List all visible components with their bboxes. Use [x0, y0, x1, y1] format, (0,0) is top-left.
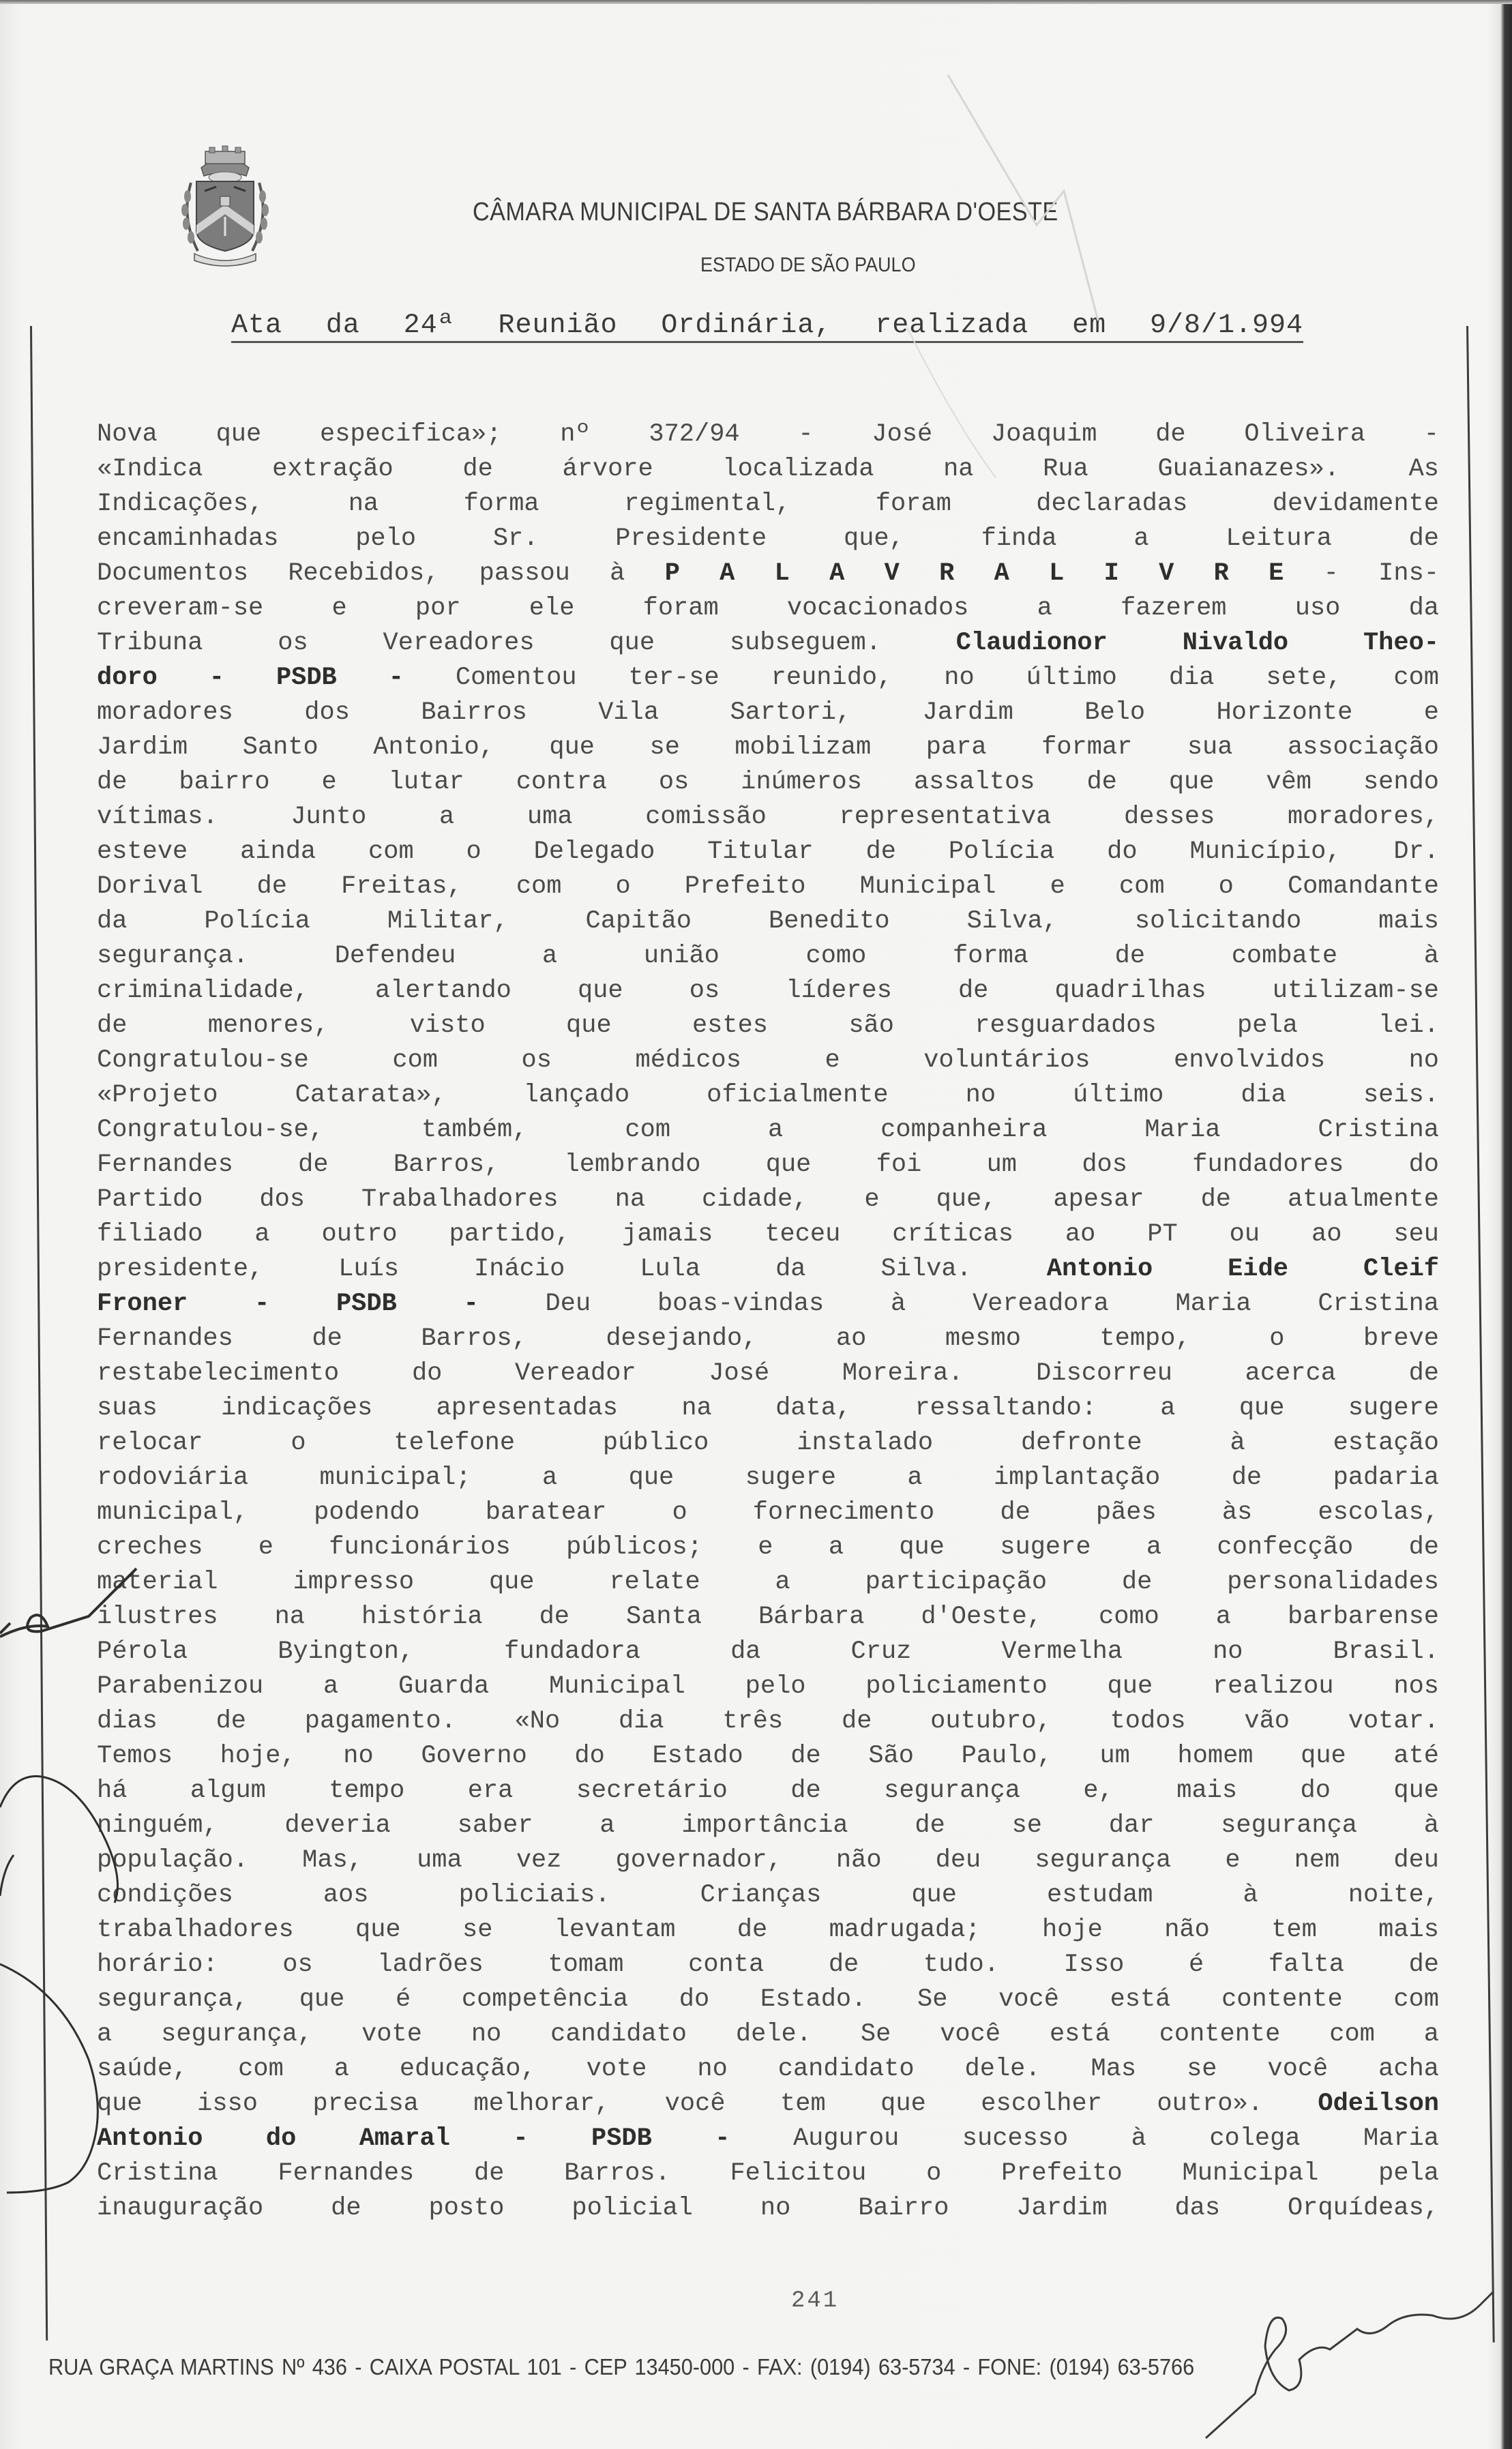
text-run: Pérola Byington, fundadora da Cruz Verme… [97, 1637, 1439, 1666]
speaker-name: Antonio Eide Cleif [1047, 1255, 1439, 1283]
text-run: horário: os ladrões tomam conta de tudo.… [97, 1950, 1439, 1979]
scanned-page: CÂMARA MUNICIPAL DE SANTA BÁRBARA D'OEST… [0, 0, 1512, 2449]
text-line: Cristina Fernandes de Barros. Felicitou … [97, 2156, 1439, 2191]
text-run: presidente, Luís Inácio Lula da Silva. [97, 1255, 1047, 1283]
text-line: Temos hoje, no Governo do Estado de São … [97, 1739, 1439, 1774]
text-run: Augurou sucesso à colega Maria [730, 2124, 1440, 2153]
text-line: rodoviária municipal; a que sugere a imp… [97, 1461, 1439, 1496]
text-line: doro - PSDB - Comentou ter-se reunido, n… [97, 661, 1439, 696]
speaker-name: Claudionor Nivaldo Theo- [956, 629, 1439, 657]
text-line: ilustres na história de Santa Bárbara d'… [97, 1600, 1439, 1635]
text-line: Congratulou-se, também, com a companheir… [97, 1113, 1439, 1148]
text-run: inauguração de posto policial no Bairro … [97, 2194, 1439, 2223]
institution-name: CÂMARA MUNICIPAL DE SANTA BÁRBARA D'OEST… [473, 198, 1197, 227]
minutes-body: Nova que especifica»; nº 372/94 - José J… [97, 417, 1439, 2226]
text-line: trabalhadores que se levantam de madruga… [97, 1913, 1439, 1948]
text-run: há algum tempo era secretário de seguran… [97, 1777, 1439, 1805]
text-line: condições aos policiais. Crianças que es… [97, 1878, 1439, 1913]
text-line: creches e funcionários públicos; e a que… [97, 1530, 1439, 1565]
text-line: Tribuna os Vereadores que subseguem. Cla… [97, 626, 1439, 661]
text-run: dias de pagamento. «No dia três de outub… [97, 1707, 1439, 1736]
text-run: restabelecimento do Vereador José Moreir… [97, 1359, 1439, 1388]
text-line: Antonio do Amaral - PSDB - Augurou suces… [97, 2122, 1439, 2156]
text-run: creches e funcionários públicos; e a que… [97, 1533, 1439, 1562]
text-run: Partido dos Trabalhadores na cidade, e q… [97, 1185, 1439, 1214]
text-line: presidente, Luís Inácio Lula da Silva. A… [97, 1252, 1439, 1287]
text-line: municipal, podendo baratear o fornecimen… [97, 1496, 1439, 1530]
text-run: creveram-se e por ele foram vocacionados… [97, 594, 1439, 623]
text-run: filiado a outro partido, jamais teceu cr… [97, 1220, 1439, 1249]
text-run: esteve ainda com o Delegado Titular de P… [97, 837, 1439, 866]
text-line: Pérola Byington, fundadora da Cruz Verme… [97, 1635, 1439, 1669]
text-line: esteve ainda com o Delegado Titular de P… [97, 835, 1439, 870]
text-run: da Polícia Militar, Capitão Benedito Sil… [97, 907, 1439, 936]
text-run: «Indica extração de árvore localizada na… [97, 455, 1439, 484]
text-run: Parabenizou a Guarda Municipal pelo poli… [97, 1672, 1439, 1701]
text-line: material impresso que relate a participa… [97, 1565, 1439, 1600]
text-run: encaminhadas pelo Sr. Presidente que, fi… [97, 524, 1439, 553]
footer-address: RUA GRAÇA MARTINS Nº 436 - CAIXA POSTAL … [48, 2354, 1488, 2380]
text-run: população. Mas, uma vez governador, não … [97, 1846, 1439, 1875]
scan-top-edge [0, 0, 1512, 4]
text-run: Indicações, na forma regimental, foram d… [97, 490, 1439, 518]
text-line: Dorival de Freitas, com o Prefeito Munic… [97, 870, 1439, 904]
text-line: Parabenizou a Guarda Municipal pelo poli… [97, 1669, 1439, 1704]
text-line: filiado a outro partido, jamais teceu cr… [97, 1217, 1439, 1252]
text-run: Congratulou-se, também, com a companheir… [97, 1116, 1439, 1144]
text-run: rodoviária municipal; a que sugere a imp… [97, 1464, 1439, 1492]
speaker-name: P A L A V R A L I V R E [665, 559, 1284, 588]
text-line: Indicações, na forma regimental, foram d… [97, 487, 1439, 522]
text-line: Partido dos Trabalhadores na cidade, e q… [97, 1183, 1439, 1217]
text-line: horário: os ladrões tomam conta de tudo.… [97, 1948, 1439, 1983]
speaker-name: doro - PSDB - [97, 664, 404, 692]
text-line: de bairro e lutar contra os inúmeros ass… [97, 765, 1439, 800]
text-run: que isso precisa melhorar, você tem que … [97, 2090, 1318, 2118]
text-line: de menores, visto que estes são resguard… [97, 1009, 1439, 1043]
text-run: ilustres na história de Santa Bárbara d'… [97, 1603, 1439, 1631]
speaker-name: Odeilson [1318, 2090, 1439, 2118]
text-line: Jardim Santo Antonio, que se mobilizam p… [97, 730, 1439, 765]
text-line: saúde, com a educação, vote no candidato… [97, 2052, 1439, 2087]
text-run: Nova que especifica»; nº 372/94 - José J… [97, 420, 1439, 449]
text-line: dias de pagamento. «No dia três de outub… [97, 1704, 1439, 1739]
page-number: 241 [791, 2288, 839, 2314]
text-run: de menores, visto que estes são resguard… [97, 1011, 1439, 1040]
text-run: Cristina Fernandes de Barros. Felicitou … [97, 2159, 1439, 2188]
text-run: Congratulou-se com os médicos e voluntár… [97, 1046, 1439, 1075]
text-run: saúde, com a educação, vote no candidato… [97, 2055, 1439, 2083]
text-line: relocar o telefone público instalado def… [97, 1426, 1439, 1461]
text-run: trabalhadores que se levantam de madruga… [97, 1916, 1439, 1944]
text-run: condições aos policiais. Crianças que es… [97, 1881, 1439, 1910]
text-line: ninguém, deveria saber a importância de … [97, 1809, 1439, 1843]
text-line: segurança. Defendeu a união como forma d… [97, 939, 1439, 974]
text-run: ninguém, deveria saber a importância de … [97, 1811, 1439, 1840]
text-line: «Indica extração de árvore localizada na… [97, 452, 1439, 487]
text-run: criminalidade, alertando que os líderes … [97, 977, 1439, 1005]
text-run: Fernandes de Barros, desejando, ao mesmo… [97, 1324, 1439, 1353]
text-line: que isso precisa melhorar, você tem que … [97, 2087, 1439, 2122]
text-line: restabelecimento do Vereador José Moreir… [97, 1356, 1439, 1391]
text-run: segurança, que é competência do Estado. … [97, 1985, 1439, 2014]
text-run: Temos hoje, no Governo do Estado de São … [97, 1742, 1439, 1770]
text-line: encaminhadas pelo Sr. Presidente que, fi… [97, 522, 1439, 556]
text-run: Deu boas-vindas à Vereadora Maria Cristi… [479, 1290, 1439, 1318]
text-line: vítimas. Junto a uma comissão representa… [97, 800, 1439, 835]
text-line: a segurança, vote no candidato dele. Se … [97, 2017, 1439, 2052]
text-run: - Ins- [1284, 559, 1439, 588]
text-line: população. Mas, uma vez governador, não … [97, 1843, 1439, 1878]
text-run: Tribuna os Vereadores que subseguem. [97, 629, 956, 657]
text-run: Fernandes de Barros, lembrando que foi u… [97, 1151, 1439, 1179]
text-line: Fernandes de Barros, lembrando que foi u… [97, 1148, 1439, 1183]
text-line: Froner - PSDB - Deu boas-vindas à Veread… [97, 1287, 1439, 1322]
text-run: a segurança, vote no candidato dele. Se … [97, 2020, 1439, 2049]
text-run: material impresso que relate a participa… [97, 1568, 1439, 1597]
text-run: Documentos Recebidos, passou à [97, 559, 665, 588]
frame-left-rule [30, 326, 48, 2341]
text-line: «Projeto Catarata», lançado oficialmente… [97, 1078, 1439, 1113]
text-run: municipal, podendo baratear o fornecimen… [97, 1498, 1439, 1527]
text-line: da Polícia Militar, Capitão Benedito Sil… [97, 904, 1439, 939]
text-line: inauguração de posto policial no Bairro … [97, 2191, 1439, 2226]
text-run: segurança. Defendeu a união como forma d… [97, 942, 1439, 970]
text-run: Jardim Santo Antonio, que se mobilizam p… [97, 733, 1439, 762]
text-run: vítimas. Junto a uma comissão representa… [97, 803, 1439, 831]
municipal-coat-of-arms-icon [174, 142, 276, 267]
text-run: Dorival de Freitas, com o Prefeito Munic… [97, 872, 1439, 901]
state-name: ESTADO DE SÃO PAULO [700, 254, 916, 277]
text-line: Fernandes de Barros, desejando, ao mesmo… [97, 1322, 1439, 1356]
text-line: criminalidade, alertando que os líderes … [97, 974, 1439, 1009]
speaker-name: Antonio do Amaral - PSDB - [97, 2124, 730, 2153]
text-line: há algum tempo era secretário de seguran… [97, 1774, 1439, 1809]
text-run: Comentou ter-se reunido, no último dia s… [404, 664, 1439, 692]
text-line: segurança, que é competência do Estado. … [97, 1983, 1439, 2017]
text-run: moradores dos Bairros Vila Sartori, Jard… [97, 698, 1439, 727]
text-line: Documentos Recebidos, passou à P A L A V… [97, 556, 1439, 591]
text-line: Congratulou-se com os médicos e voluntár… [97, 1043, 1439, 1078]
text-line: suas indicações apresentadas na data, re… [97, 1391, 1439, 1426]
text-line: Nova que especifica»; nº 372/94 - José J… [97, 417, 1439, 452]
text-run: de bairro e lutar contra os inúmeros ass… [97, 768, 1439, 797]
text-line: creveram-se e por ele foram vocacionados… [97, 591, 1439, 626]
speaker-name: Froner - PSDB - [97, 1290, 479, 1318]
text-line: moradores dos Bairros Vila Sartori, Jard… [97, 696, 1439, 730]
text-run: «Projeto Catarata», lançado oficialmente… [97, 1081, 1439, 1110]
frame-right-rule [1466, 326, 1495, 2343]
page-title: Ata da 24ª Reunião Ordinária, realizada … [231, 312, 1303, 343]
text-run: suas indicações apresentadas na data, re… [97, 1394, 1439, 1423]
text-run: relocar o telefone público instalado def… [97, 1429, 1439, 1457]
